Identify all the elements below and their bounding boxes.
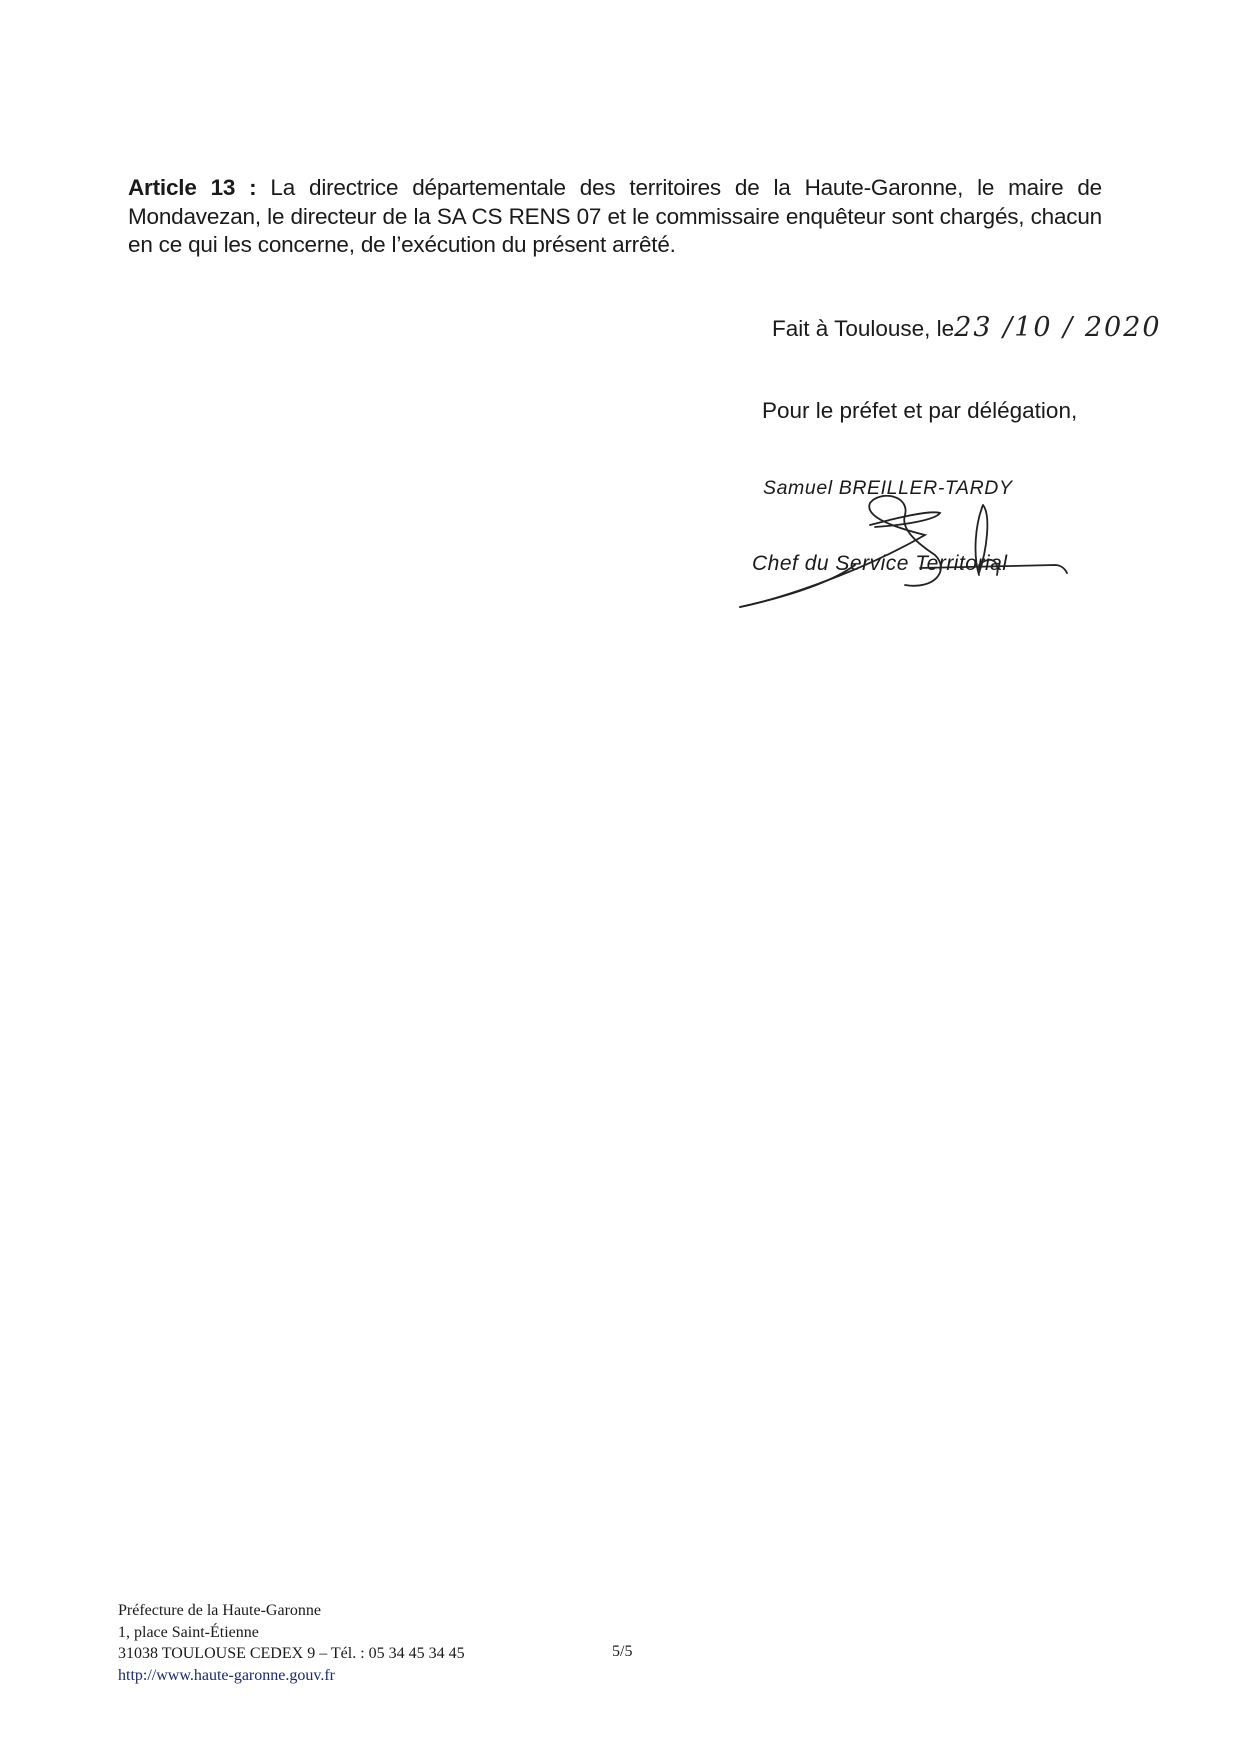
place-date-prefix: Fait à Toulouse, le xyxy=(772,316,954,341)
footer-line-1: Préfecture de la Haute-Garonne xyxy=(118,1600,465,1622)
footer-line-2: 1, place Saint-Étienne xyxy=(118,1622,465,1644)
page-number: 5/5 xyxy=(612,1643,632,1661)
handwritten-date: 23 /10 / 2020 xyxy=(954,312,1161,343)
footer-url-link[interactable]: http://www.haute-garonne.gouv.fr xyxy=(118,1665,465,1687)
delegation-text: Pour le préfet et par délégation, xyxy=(762,398,1077,424)
article-label: Article 13 : xyxy=(128,175,256,200)
place-date: Fait à Toulouse, le23 /10 / 2020 xyxy=(772,312,1162,343)
article-13: Article 13 : La directrice départemental… xyxy=(128,174,1102,260)
handwritten-signature xyxy=(735,495,1075,625)
footer-address: Préfecture de la Haute-Garonne 1, place … xyxy=(118,1600,465,1686)
article-text: La directrice départementale des territo… xyxy=(128,175,1102,257)
footer-line-3: 31038 TOULOUSE CEDEX 9 – Tél. : 05 34 45… xyxy=(118,1643,465,1665)
